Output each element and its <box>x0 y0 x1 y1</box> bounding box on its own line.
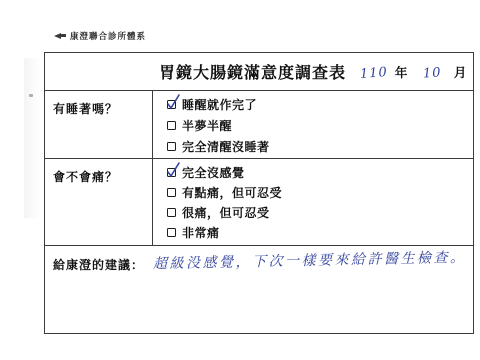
question-options: 完全沒感覺 有點痛，但可忍受 很痛，但可忍受 <box>153 159 473 245</box>
handwritten-checkmark-icon <box>165 161 183 179</box>
option-label: 非常痛 <box>182 224 220 241</box>
question-row-sleep: 有睡著嗎？ 睡醒就作完了 半夢半醒 <box>45 91 473 159</box>
checkbox-icon <box>167 188 176 197</box>
clinic-logo: 康澄聯合診所體系 <box>54 30 146 42</box>
checkbox-icon <box>167 100 176 109</box>
checkbox-icon <box>167 228 176 237</box>
suggestion-row: 給康澄的建議： 超級没感覺，下次一樣要來給許醫生檢查。 <box>45 246 473 333</box>
question-label-cell: 會不會痛？ <box>45 159 153 245</box>
handwritten-suggestion: 超級没感覺，下次一樣要來給許醫生檢查。 <box>153 243 469 280</box>
option-label: 很痛，但可忍受 <box>182 204 270 221</box>
checkbox-icon <box>167 121 176 130</box>
handwritten-checkmark-icon <box>165 93 183 111</box>
month-unit-label: 月 <box>454 63 467 81</box>
scan-shadow-artifact <box>24 58 40 218</box>
scan-speck-artifact <box>29 94 33 97</box>
question-label: 有睡著嗎？ <box>53 102 118 116</box>
option-label: 完全沒感覺 <box>182 164 245 181</box>
date-group: 110 年 10 月 5 <box>354 63 480 81</box>
option-row: 睡醒就作完了 <box>167 97 473 112</box>
option-row: 有點痛，但可忍受 <box>167 185 473 200</box>
year-unit-label: 年 <box>395 63 408 81</box>
checkbox-icon <box>167 208 176 217</box>
form-title-row: 胃鏡大腸鏡滿意度調查表 110 年 10 月 5 <box>45 53 473 91</box>
option-row: 完全清醒沒睡著 <box>167 139 473 154</box>
checkbox-icon <box>167 168 176 177</box>
suggestion-label: 給康澄的建議： <box>53 256 144 333</box>
option-row: 完全沒感覺 <box>167 165 473 180</box>
handwritten-year: 110 <box>360 65 389 82</box>
option-label: 有點痛，但可忍受 <box>182 184 282 201</box>
clinic-logo-text: 康澄聯合診所體系 <box>70 30 146 42</box>
option-row: 很痛，但可忍受 <box>167 205 473 220</box>
form-title: 胃鏡大腸鏡滿意度調查表 <box>159 60 346 83</box>
option-label: 睡醒就作完了 <box>182 96 257 113</box>
survey-form-table: 胃鏡大腸鏡滿意度調查表 110 年 10 月 5 有睡著嗎？ 睡醒就作完了 <box>44 52 474 334</box>
checkbox-icon <box>167 142 176 151</box>
question-label-cell: 有睡著嗎？ <box>45 91 153 158</box>
question-options: 睡醒就作完了 半夢半醒 完全清醒沒睡著 <box>153 91 473 158</box>
option-label: 完全清醒沒睡著 <box>182 138 270 155</box>
clinic-logo-icon <box>54 32 66 41</box>
option-row: 半夢半醒 <box>167 118 473 133</box>
option-row: 非常痛 <box>167 225 473 240</box>
option-label: 半夢半醒 <box>182 117 232 134</box>
question-label: 會不會痛？ <box>53 170 118 184</box>
question-row-pain: 會不會痛？ 完全沒感覺 有點痛，但可忍受 <box>45 159 473 246</box>
handwritten-month: 10 <box>423 65 443 81</box>
